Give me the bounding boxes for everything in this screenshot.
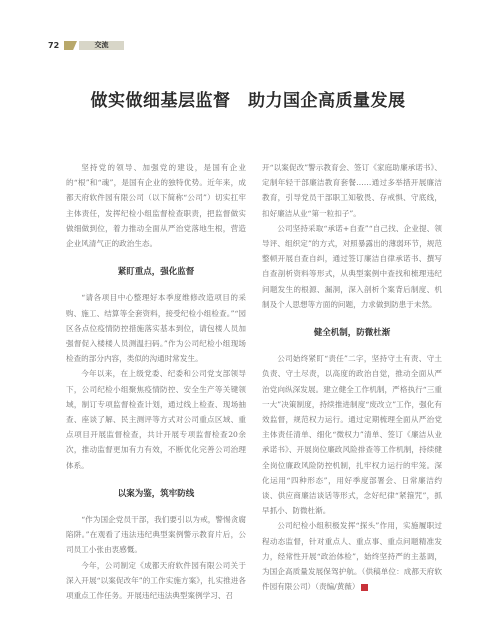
article-title: 做实做细基层监督 助力国企高质量发展: [0, 86, 496, 111]
body-paragraph: 公司始终紧盯“责任”二字，坚持守土有责、守土负责、守土尽责，以高度的政治自觉，推…: [262, 351, 442, 518]
body-paragraph: 公司坚持采取“承诺+自查”“自己找、企业提、领导评、组织定”的方式，对照暴露出的…: [262, 221, 442, 312]
intro-paragraph: 坚持党的领导、加强党的建设，是国有企业的“根”和“魂”，是国有企业的独特优势。近…: [66, 160, 246, 251]
end-mark-icon: [361, 584, 368, 591]
section-heading: 健全机制，防微杜渐: [262, 326, 442, 341]
body-paragraph: 今年以来，在上级党委、纪委和公司党支部领导下，公司纪检小组聚焦疫情防控、安全生产…: [66, 366, 246, 472]
body-paragraph: “请各项目中心整理好本季度维修改造项目的采购、施工、结算等全套资料，接受纪检小组…: [66, 290, 246, 366]
page-header: 72 交流: [48, 40, 124, 51]
section-swatch-icon: [64, 41, 77, 50]
left-column: 坚持党的领导、加强党的建设，是国有企业的“根”和“魂”，是国有企业的独特优势。近…: [66, 160, 246, 603]
body-paragraph: 今年，公司制定《成都天府软件园有限公司关于深入开展“以案促改年”的工作实施方案》…: [66, 558, 246, 604]
section-heading: 以案为鉴，筑牢防线: [66, 487, 246, 502]
closing-paragraph: 公司纪检小组积极发挥“探头”作用，实施履职过程动态监督，针对重点人、重点事、重点…: [262, 518, 442, 594]
section-heading: 紧盯重点，强化监督: [66, 265, 246, 280]
right-column: 开“以案促改”警示教育会、签订《家庭助廉承诺书》、定制年轻干部廉洁教育套餐……通…: [262, 160, 442, 594]
section-label: 交流: [79, 41, 124, 50]
body-paragraph: “作为国企党员干部，我们要引以为戒，警惕贪腐陷阱。”在观看了违法违纪典型案例警示…: [66, 512, 246, 558]
body-paragraph-continued: 开“以案促改”警示教育会、签订《家庭助廉承诺书》、定制年轻干部廉洁教育套餐……通…: [262, 160, 442, 221]
page-number: 72: [48, 41, 62, 50]
